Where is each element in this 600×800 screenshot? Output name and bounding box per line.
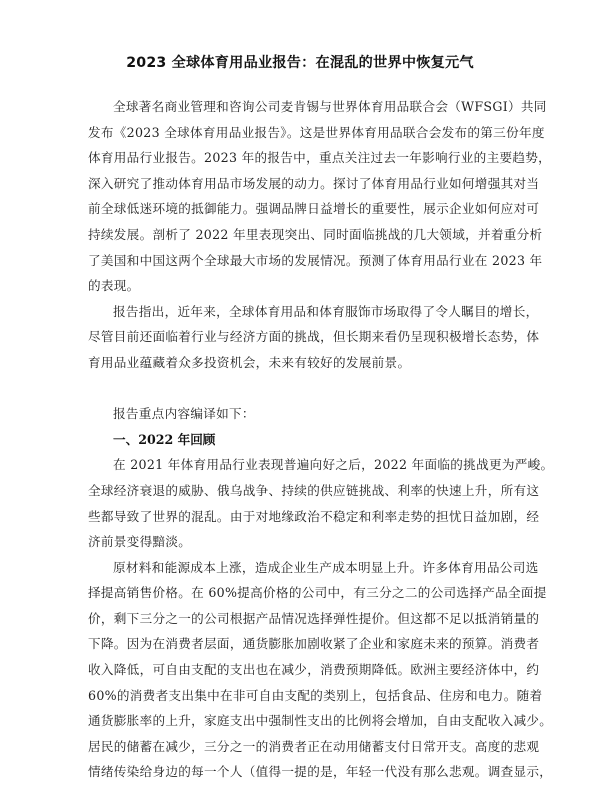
text-line: 了美国和中国这两个全球最大市场的发展情况。预测了体育用品行业在 2023 年 [88, 248, 513, 274]
text-line: 持续发展。剖析了 2022 年里表现突出、同时面临挑战的几大领域，并着重分析 [88, 222, 513, 248]
section-heading: 一、2022 年回顾 [88, 427, 513, 453]
paragraph-gap [88, 376, 513, 402]
text-line: 下降。因为在消费者层面，通货膨胀加剧收紧了企业和家庭未来的预算。消费者 [88, 631, 513, 657]
intro-paragraph: 全球著名商业管理和咨询公司麦肯锡与世界体育用品联合会（WFSGI）共同 发布《2… [88, 94, 513, 299]
text-line: 收入降低，可自由支配的支出也在减少，消费预期降低。欧洲主要经济体中，约 [88, 657, 513, 683]
section-paragraph: 在 2021 年体育用品行业表现普遍向好之后，2022 年面临的挑战更为严峻。 … [88, 452, 513, 554]
text-line: 在 2021 年体育用品行业表现普遍向好之后，2022 年面临的挑战更为严峻。 [88, 452, 513, 478]
document-body: 全球著名商业管理和咨询公司麦肯锡与世界体育用品联合会（WFSGI）共同 发布《2… [88, 94, 513, 785]
text-line: 全球经济衰退的威胁、俄乌战争、持续的供应链挑战、利率的快速上升，所有这 [88, 478, 513, 504]
text-line: 报告指出，近年来，全球体育用品和体育服饰市场取得了令人瞩目的增长， [88, 299, 513, 325]
text-line: 原材料和能源成本上涨，造成企业生产成本明显上升。许多体育用品公司选 [88, 555, 513, 581]
text-line: 深入研究了推动体育用品市场发展的动力。探讨了体育用品行业如何增强其对当 [88, 171, 513, 197]
text-line: 发布《2023 全球体育用品业报告》。这是世界体育用品联合会发布的第三份年度 [88, 120, 513, 146]
text-line: 报告重点内容编译如下： [88, 401, 513, 427]
text-line: 济前景变得黯淡。 [88, 529, 513, 555]
text-line: 情绪传染给身边的每一个人（值得一提的是，年轻一代没有那么悲观。调查显示， [88, 759, 513, 785]
text-line: 60%的消费者支出集中在非可自由支配的类别上，包括食品、住房和电力。随着 [88, 683, 513, 709]
text-line: 价，剩下三分之一的公司根据产品情况选择弹性提价。但这都不足以抵消销量的 [88, 606, 513, 632]
text-line: 育用品业蕴藏着众多投资机会，未来有较好的发展前景。 [88, 350, 513, 376]
text-line: 择提高销售价格。在 60%提高价格的公司中，有三分之二的公司选择产品全面提 [88, 580, 513, 606]
text-line: 通货膨胀率的上升，家庭支出中强制性支出的比例将会增加，自由支配收入减少。 [88, 708, 513, 734]
text-line: 的表现。 [88, 273, 513, 299]
text-line: 些都导致了世界的混乱。由于对地缘政治不稳定和利率走势的担忧日益加剧，经 [88, 504, 513, 530]
document-title: 2023 全球体育用品业报告：在混乱的世界中恢复元气 [0, 52, 600, 72]
text-line: 前全球低迷环境的抵御能力。强调品牌日益增长的重要性，展示企业如何应对可 [88, 196, 513, 222]
text-line: 居民的储蓄在减少，三分之一的消费者正在动用储蓄支付日常开支。高度的悲观 [88, 734, 513, 760]
text-line: 全球著名商业管理和咨询公司麦肯锡与世界体育用品联合会（WFSGI）共同 [88, 94, 513, 120]
text-line: 体育用品行业报告。2023 年的报告中，重点关注过去一年影响行业的主要趋势， [88, 145, 513, 171]
section-paragraph: 原材料和能源成本上涨，造成企业生产成本明显上升。许多体育用品公司选 择提高销售价… [88, 555, 513, 785]
text-line: 尽管目前还面临着行业与经济方面的挑战，但长期来看仍呈现积极增长态势，体 [88, 324, 513, 350]
document-page: 2023 全球体育用品业报告：在混乱的世界中恢复元气 全球著名商业管理和咨询公司… [0, 0, 600, 800]
compilation-note: 报告重点内容编译如下： [88, 401, 513, 427]
summary-paragraph: 报告指出，近年来，全球体育用品和体育服饰市场取得了令人瞩目的增长， 尽管目前还面… [88, 299, 513, 376]
